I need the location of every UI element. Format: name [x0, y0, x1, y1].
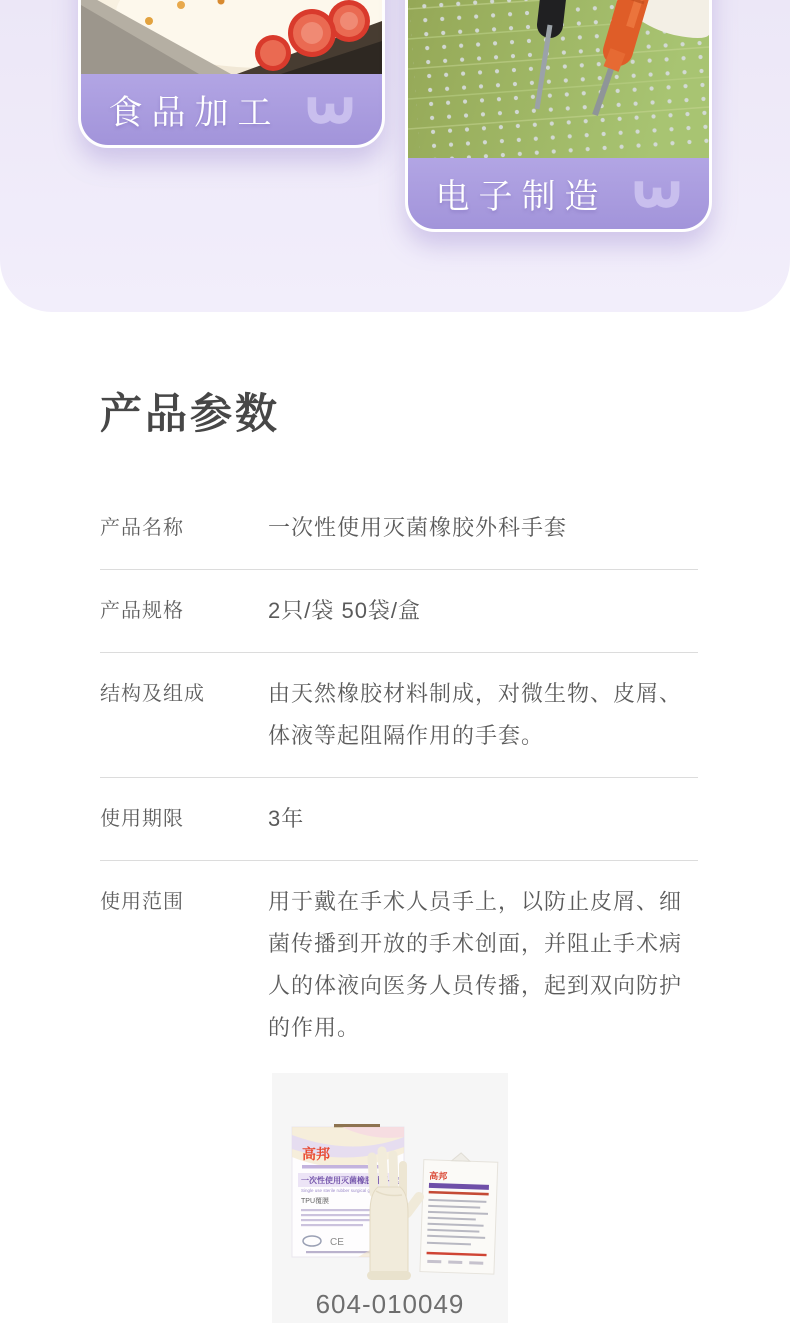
- box-ce-mark: CE: [330, 1237, 344, 1248]
- product-photo-art: 高邦 一次性使用灭菌橡胶外科手套 Single use sterile rubb…: [272, 1073, 508, 1285]
- pouch-brand-text: 高邦: [429, 1170, 447, 1182]
- w-logo-icon: [632, 178, 682, 210]
- box-brand-text: 高邦: [302, 1146, 330, 1162]
- glove-pouch-art: 高邦: [420, 1152, 498, 1275]
- params-table: 产品名称 一次性使用灭菌橡胶外科手套 产品规格 2只/袋 50袋/盒 结构及组成…: [100, 487, 698, 1069]
- category-card-electronics: 电子制造: [405, 0, 712, 232]
- food-processing-photo: [81, 0, 382, 74]
- param-value: 2只/袋 50袋/盒: [268, 590, 698, 632]
- hero-section: 食品加工: [0, 0, 790, 312]
- param-value: 3年: [268, 798, 698, 840]
- param-row-shelf-life: 使用期限 3年: [100, 778, 698, 861]
- electronics-photo: [408, 0, 709, 158]
- category-label-electronics: 电子制造: [408, 158, 709, 229]
- circuit-photo-art: [408, 0, 709, 158]
- product-photo-block: 高邦 一次性使用灭菌橡胶外科手套 Single use sterile rubb…: [272, 1073, 508, 1323]
- param-value: 一次性使用灭菌橡胶外科手套: [268, 507, 698, 549]
- param-label: 使用范围: [100, 881, 268, 923]
- box-subtitle-text: Single use sterile rubber surgical glove…: [301, 1188, 381, 1193]
- w-logo-icon: [305, 94, 355, 126]
- glove-art: [367, 1151, 419, 1280]
- category-label-text: 食品加工: [109, 85, 281, 134]
- param-row-composition: 结构及组成 由天然橡胶材料制成，对微生物、皮屑、体液等起阻隔作用的手套。: [100, 653, 698, 778]
- param-value: 由天然橡胶材料制成，对微生物、皮屑、体液等起阻隔作用的手套。: [268, 673, 698, 757]
- section-title: 产品参数: [100, 390, 790, 438]
- param-row-spec: 产品规格 2只/袋 50袋/盒: [100, 570, 698, 653]
- box-feature-text: TPU覆膜: [301, 1196, 329, 1205]
- param-label: 使用期限: [100, 798, 268, 840]
- param-row-scope: 使用范围 用于戴在手术人员手上，以防止皮屑、细菌传播到开放的手术创面，并阻止手术…: [100, 861, 698, 1069]
- param-label: 产品规格: [100, 590, 268, 632]
- param-row-name: 产品名称 一次性使用灭菌橡胶外科手套: [100, 487, 698, 570]
- param-label: 结构及组成: [100, 673, 268, 715]
- param-value: 用于戴在手术人员手上，以防止皮屑、细菌传播到开放的手术创面，并阻止手术病人的体液…: [268, 881, 698, 1049]
- category-card-food: 食品加工: [78, 0, 385, 148]
- category-label-text: 电子制造: [436, 169, 608, 218]
- category-label-food: 食品加工: [81, 74, 382, 145]
- food-photo-art: [81, 0, 382, 74]
- product-code: 604-010049: [272, 1285, 508, 1323]
- param-label: 产品名称: [100, 507, 268, 549]
